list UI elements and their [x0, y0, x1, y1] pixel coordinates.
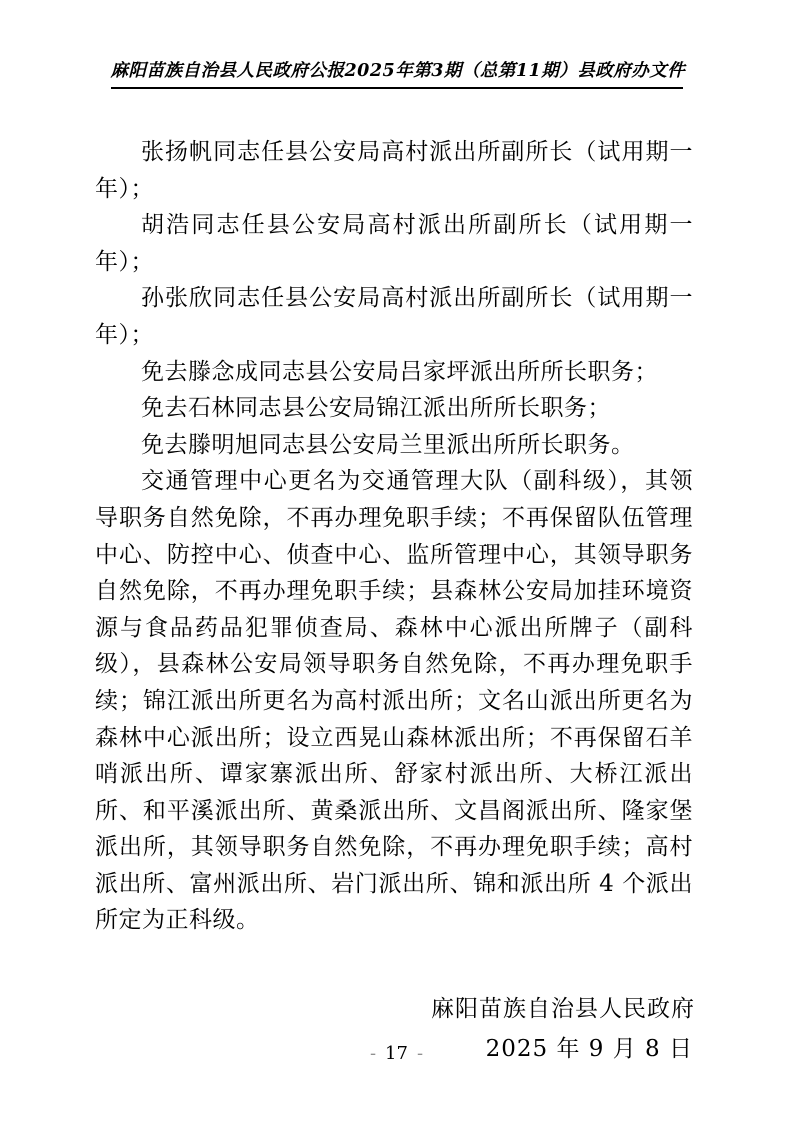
gazette-page: 麻阳苗族自治县人民政府公报 2025年第3期（总第11期） 县政府办文件 张扬帆…: [0, 0, 793, 1122]
page-number: 17: [385, 1043, 408, 1064]
issuer-name: 麻阳苗族自治县人民政府: [0, 989, 695, 1029]
removal-paragraph: 免去石林同志县公安局锦江派出所所长职务；: [95, 390, 693, 427]
gazette-doc-category: 县政府办文件: [577, 57, 685, 82]
gazette-title: 麻阳苗族自治县人民政府公报: [111, 57, 345, 82]
removal-paragraph: 免去滕明旭同志县公安局兰里派出所所长职务。: [95, 427, 693, 464]
page-number-dash-left: -: [370, 1043, 376, 1064]
removal-paragraph: 免去滕念成同志县公安局吕家坪派出所所长职务；: [95, 354, 693, 391]
gazette-issue-info: 2025年第3期（总第11期）: [345, 57, 578, 82]
appointment-paragraph: 孙张欣同志任县公安局高村派出所副所长（试用期一年）；: [95, 280, 693, 353]
appointment-paragraph: 胡浩同志任县公安局高村派出所副所长（试用期一年）；: [95, 207, 693, 280]
gazette-running-head: 麻阳苗族自治县人民政府公报 2025年第3期（总第11期） 县政府办文件: [111, 57, 683, 89]
page-footer: -17-: [0, 1043, 793, 1064]
document-body: 张扬帆同志任县公安局高村派出所副所长（试用期一年）； 胡浩同志任县公安局高村派出…: [95, 134, 693, 939]
reorganization-paragraph: 交通管理中心更名为交通管理大队（副科级），其领导职务自然免除，不再办理免职手续；…: [95, 463, 693, 939]
appointment-paragraph: 张扬帆同志任县公安局高村派出所副所长（试用期一年）；: [95, 134, 693, 207]
page-number-dash-right: -: [417, 1043, 423, 1064]
